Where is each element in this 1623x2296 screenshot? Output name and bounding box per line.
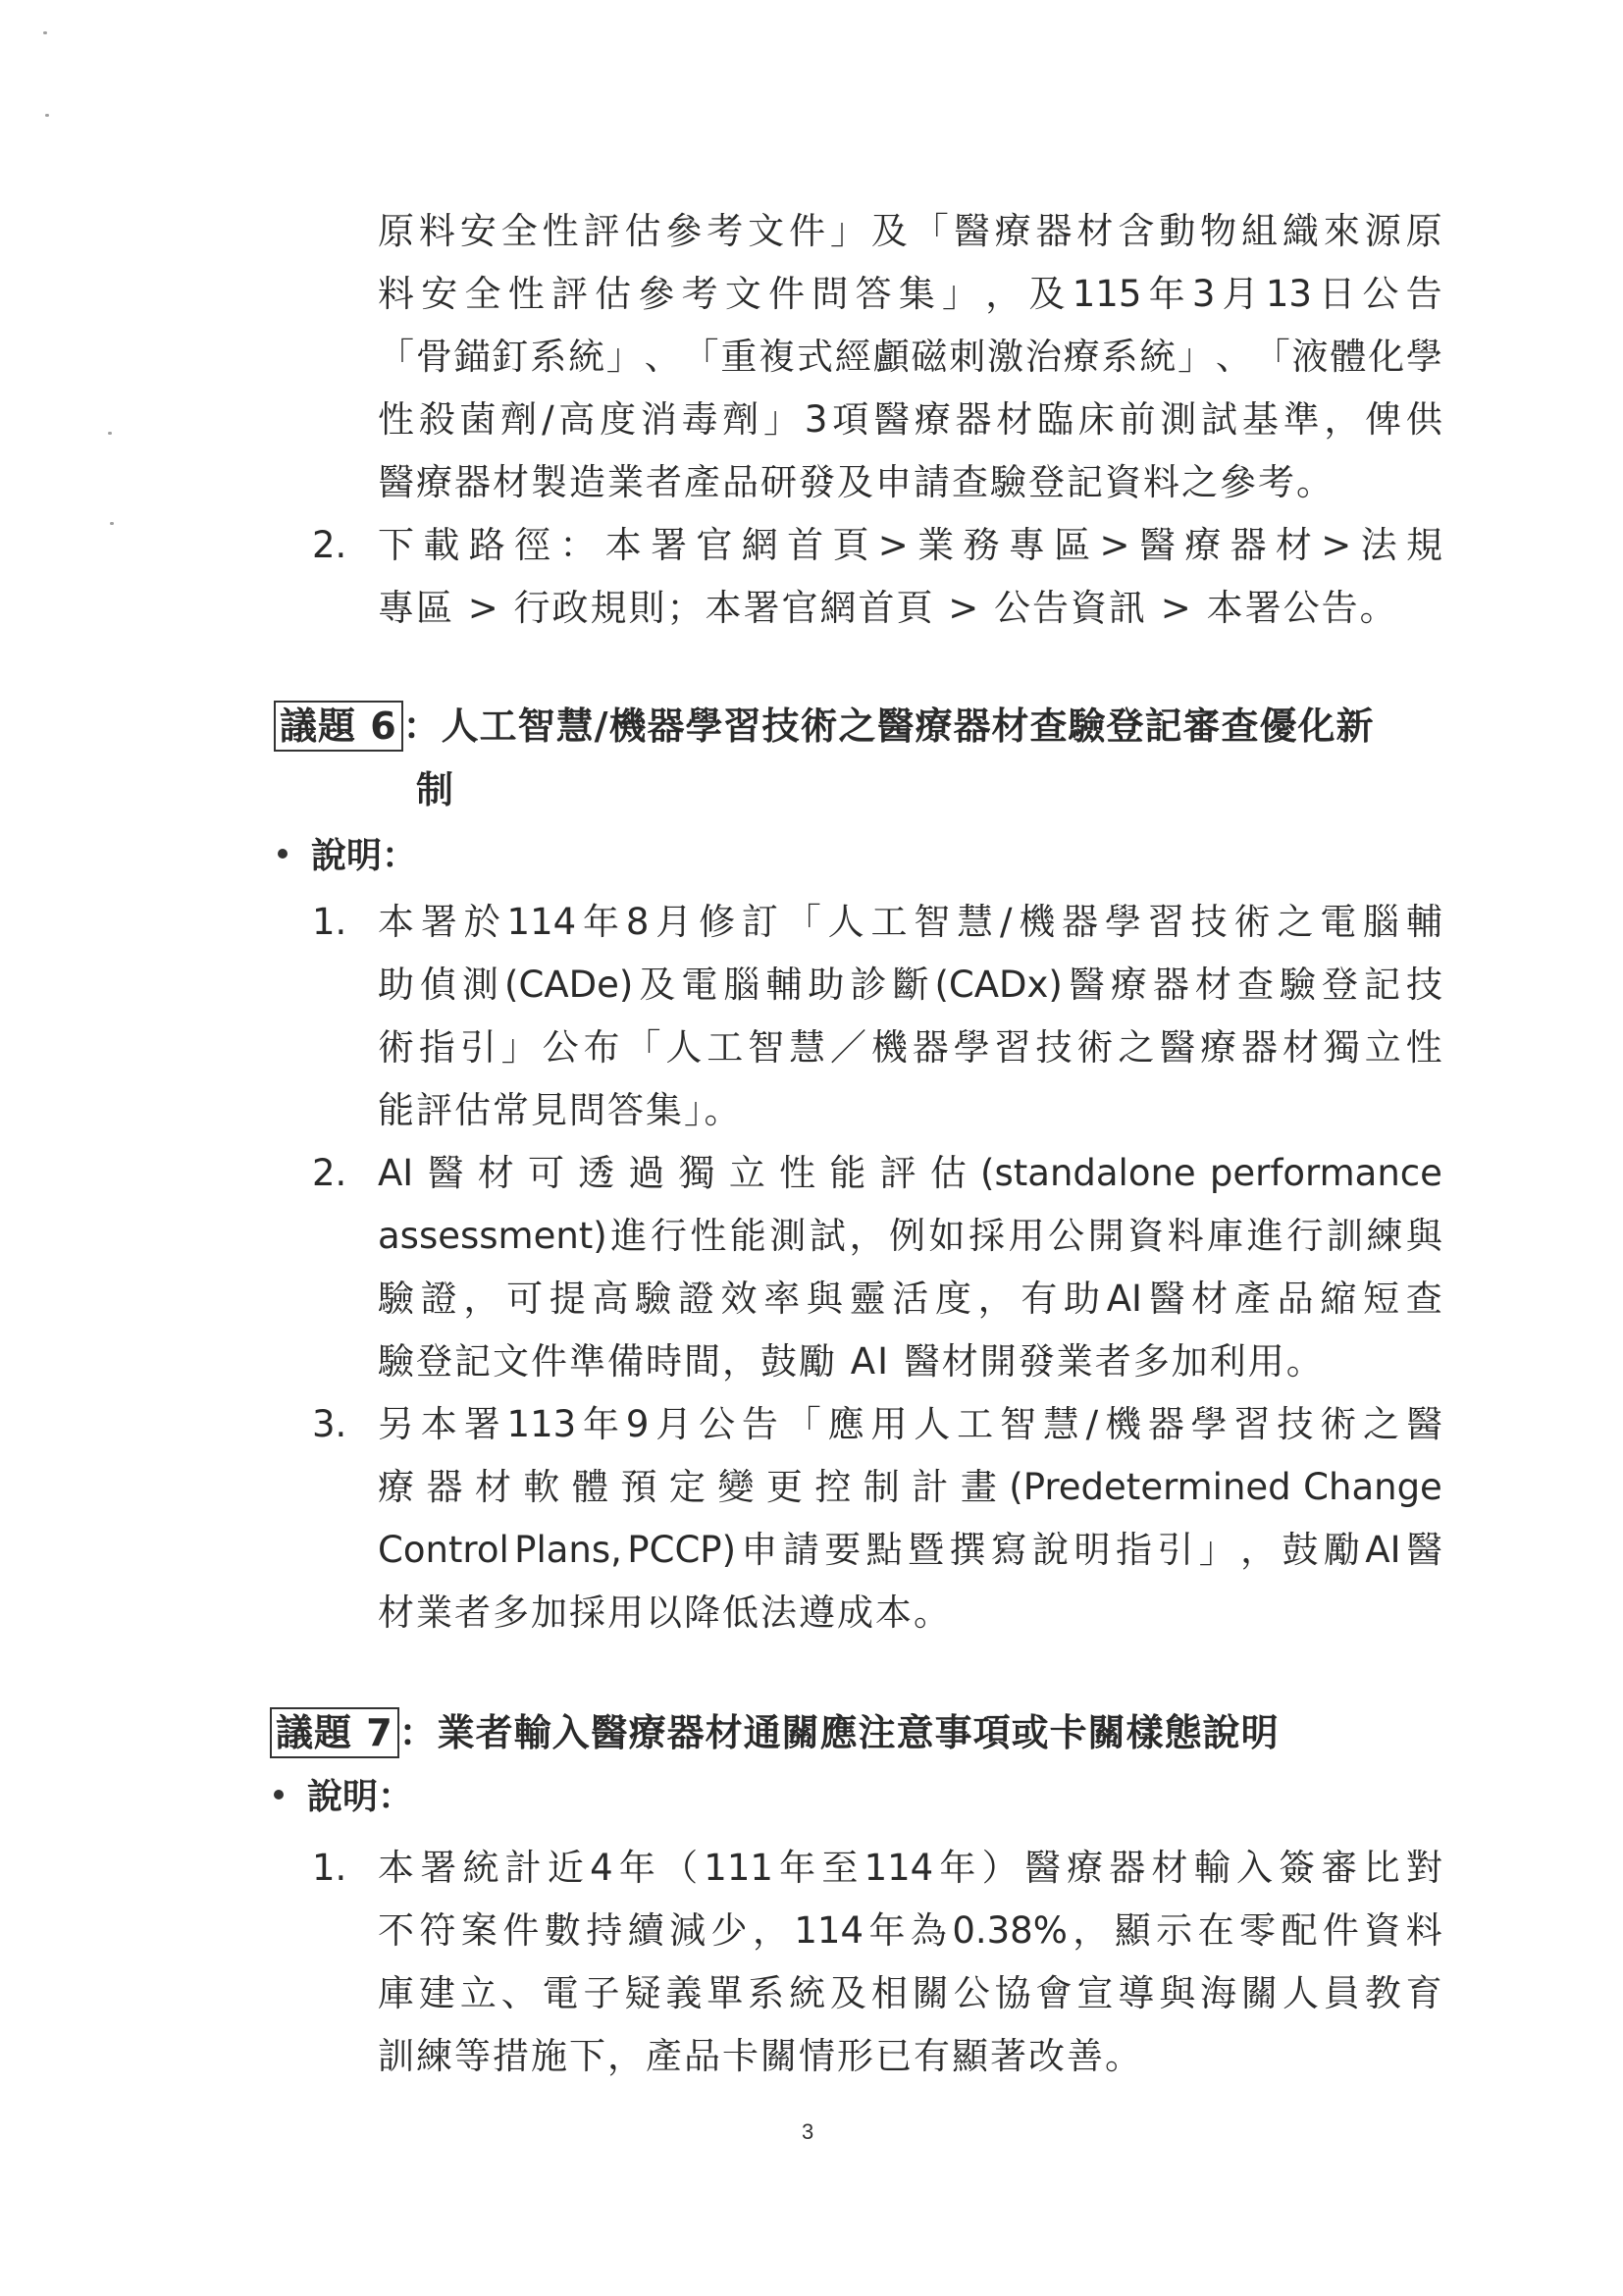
glyph: >: [878, 524, 909, 567]
glyph: 本: [378, 1847, 414, 1890]
glyph: 獨: [679, 1152, 715, 1195]
glyph: 為: [911, 1909, 947, 1953]
glyph: 助: [378, 964, 414, 1007]
glyph: 、: [645, 336, 681, 379]
glyph: 顱: [873, 336, 910, 379]
glyph: 人: [665, 1026, 702, 1070]
glyph: 疑: [624, 1972, 660, 2015]
glyph: 之: [1277, 901, 1313, 944]
glyph: 軟: [523, 1466, 559, 1509]
glyph: assessment): [378, 1215, 607, 1258]
glyph: 」: [501, 1026, 538, 1070]
glyph: 能: [730, 1215, 766, 1258]
glyph: 畫: [961, 1466, 997, 1509]
glyph: 符: [419, 1909, 455, 1953]
glyph: (CADx): [934, 964, 1062, 1007]
glyph: 測: [462, 964, 498, 1007]
glyph: 療: [378, 1466, 414, 1509]
glyph: 測: [769, 1215, 806, 1258]
glyph: 庫: [378, 1972, 414, 2015]
item-number: 3.: [312, 1403, 346, 1446]
glyph: ：: [559, 524, 596, 567]
glyph: 鼓: [1283, 1529, 1319, 1572]
glyph: 公: [954, 1972, 990, 2015]
glyph: 性: [543, 210, 579, 253]
issue-6-item-1-line-3: 術指引」公布「人工智慧／機器學習技術之醫療器材獨立性: [378, 1026, 1442, 1070]
issue-6-item-3-line-4: 材業者多加採用以降低法遵成本。: [378, 1592, 952, 1635]
glyph: 智: [914, 901, 950, 944]
glyph: 育: [1406, 1972, 1442, 2015]
glyph: 修: [699, 901, 735, 944]
glyph: 數: [545, 1909, 581, 1953]
glyph: /: [542, 398, 553, 442]
glyph: 性: [1406, 1026, 1442, 1070]
glyph: 「: [785, 1403, 821, 1446]
glyph: 料: [1406, 1909, 1442, 1953]
glyph: 指: [419, 1026, 455, 1070]
glyph: ，: [985, 273, 1021, 316]
glyph: 器: [426, 1466, 462, 1509]
issue-6-explanation-label: 說明：: [278, 835, 417, 878]
glyph: 材: [1195, 964, 1231, 1007]
glyph: 署: [464, 1403, 500, 1446]
glyph: ，: [1240, 1529, 1277, 1572]
glyph: 診: [850, 964, 886, 1007]
glyph: 療: [1184, 524, 1221, 567]
item-number: 1.: [312, 1847, 346, 1890]
glyph: 器: [1241, 1026, 1278, 1070]
glyph: 縮: [1320, 1278, 1356, 1321]
glyph: 評: [551, 273, 588, 316]
glyph: （: [661, 1847, 698, 1890]
issue-6-item-1-line-2: 助偵測(CADe)及電腦輔助診斷(CADx)醫療器材查驗登記技: [378, 964, 1442, 1007]
glyph: 器: [1230, 524, 1267, 567]
glyph: 技: [1036, 1026, 1073, 1070]
glyph: 」: [1199, 1529, 1235, 1572]
glyph: 引: [1157, 1529, 1193, 1572]
glyph: 化: [1368, 336, 1404, 379]
glyph: 度: [935, 1278, 971, 1321]
glyph: 療: [995, 210, 1031, 253]
glyph: 體: [1330, 336, 1366, 379]
glyph: 導: [1118, 1972, 1154, 2015]
glyph: 性: [508, 273, 545, 316]
glyph: 材: [1152, 1847, 1188, 1890]
glyph: 不: [378, 1909, 414, 1953]
glyph: 器: [1153, 964, 1189, 1007]
issue-6-title-line-2: 制: [416, 765, 454, 814]
issue-6-item-3-line-2: 療器材軟體預定變更控制計畫(PredeterminedChange: [378, 1466, 1442, 1509]
issue-7-item-1-line-4: 訓練等措施下，產品卡關情形已有顯著改善。: [378, 2035, 1143, 2078]
glyph: 暨: [908, 1529, 944, 1572]
glyph: ，: [753, 1909, 789, 1953]
issue-7-item-1-line-3: 庫建立、電子疑義單系統及相關公協會宣導與海關人員教育: [378, 1972, 1442, 2015]
glyph: 13: [1266, 273, 1312, 316]
glyph: 公: [543, 1026, 579, 1070]
glyph: 複: [759, 336, 795, 379]
continuation-line-5: 醫療器材製造業者產品研發及申請查驗登記資料之參考。: [378, 461, 1335, 504]
glyph: 勵: [1324, 1529, 1360, 1572]
glyph: 全: [464, 273, 500, 316]
glyph: 工: [870, 901, 907, 944]
glyph: 定: [669, 1466, 706, 1509]
glyph: 術: [1320, 1403, 1356, 1446]
issue-7-heading: 議題 7：業者輸入醫療器材通關應注意事項或卡關樣態說明: [270, 1707, 1280, 1758]
glyph: 預: [620, 1466, 656, 1509]
glyph: 參: [638, 273, 674, 316]
glyph: (Predetermined: [1009, 1466, 1290, 1509]
glyph: Control: [378, 1529, 509, 1572]
glyph: ，: [1324, 398, 1360, 442]
glyph: 員: [1324, 1972, 1360, 2015]
glyph: 行: [651, 1215, 687, 1258]
text: 說明：: [311, 836, 417, 876]
glyph: 撰: [949, 1529, 985, 1572]
glyph: 」: [1178, 336, 1214, 379]
glyph: 顯: [1115, 1909, 1151, 1953]
glyph: 之: [1118, 1026, 1154, 1070]
glyph: 習: [1148, 901, 1184, 944]
glyph: 請: [783, 1529, 819, 1572]
glyph: 3: [805, 398, 828, 442]
glyph: 性: [690, 1215, 726, 1258]
glyph: 智: [1000, 1403, 1036, 1446]
glyph: 床: [1078, 398, 1115, 442]
issue-6-item-1-line-4: 能評估常見問答集」。: [378, 1089, 743, 1132]
issue-6-item-2-line-4: 驗登記文件準備時間，鼓勵 AI 醫材開發業者多加利用。: [378, 1340, 1325, 1383]
glyph: 殺: [419, 398, 455, 442]
glyph: 醫: [873, 398, 910, 442]
text: 驗登記文件準備時間，鼓勵 AI 醫材開發業者多加利用。: [378, 1340, 1325, 1383]
glyph: 控: [814, 1466, 851, 1509]
glyph: 公: [1048, 1215, 1084, 1258]
glyph: 骨: [416, 336, 452, 379]
glyph: 術: [1234, 901, 1271, 944]
glyph: 持: [586, 1909, 622, 1953]
glyph: 劑: [500, 398, 537, 442]
glyph: 年: [619, 1847, 655, 1890]
glyph: 111: [704, 1847, 773, 1890]
glyph: 計: [505, 1847, 542, 1890]
glyph: 技: [1406, 964, 1442, 1007]
glyph: 性: [779, 1152, 815, 1195]
glyph: 資: [1127, 1215, 1164, 1258]
glyph: 率: [763, 1278, 800, 1321]
glyph: 114: [864, 1847, 934, 1890]
glyph: 計: [912, 1466, 948, 1509]
glyph: 之: [1363, 1403, 1399, 1446]
glyph: 工: [707, 1026, 743, 1070]
glyph: 減: [669, 1909, 706, 1953]
glyph: 件: [789, 210, 825, 253]
issue-7-item-1-line-1: 本署統計近4年（111年至114年）醫療器材輸入簽審比對: [378, 1847, 1442, 1890]
glyph: 至: [821, 1847, 858, 1890]
glyph: 關: [913, 1972, 949, 2015]
glyph: 及: [639, 964, 675, 1007]
glyph: 效: [721, 1278, 758, 1321]
glyph: 「: [683, 336, 719, 379]
text: 說明：: [307, 1777, 413, 1817]
glyph: 有: [1021, 1278, 1057, 1321]
glyph: 應: [828, 1403, 864, 1446]
glyph: 務: [963, 524, 999, 567]
glyph: 智: [748, 1026, 784, 1070]
scan-speck: [43, 31, 47, 34]
document-page: 原料安全性評估參考文件」及「醫療器材含動物組織來源原 料安全性評估參考文件問答集…: [0, 0, 1623, 2296]
glyph: 慧: [1043, 1403, 1079, 1446]
glyph: 查: [1237, 964, 1274, 1007]
glyph: 0.38%: [952, 1909, 1068, 1953]
glyph: ／: [830, 1026, 866, 1070]
glyph: 原: [1406, 210, 1442, 253]
glyph: ，: [463, 1278, 499, 1321]
glyph: 用: [1009, 1215, 1045, 1258]
glyph: 開: [1088, 1215, 1125, 1258]
glyph: 器: [1148, 1403, 1184, 1446]
glyph: 可: [506, 1278, 543, 1321]
scan-speck: [110, 522, 114, 525]
glyph: 醫: [1159, 1026, 1195, 1070]
glyph: 機: [1105, 1403, 1141, 1446]
glyph: 記: [1364, 964, 1400, 1007]
glyph: ，: [978, 1278, 1015, 1321]
glyph: 療: [1067, 1847, 1103, 1890]
glyph: 子: [584, 1972, 620, 2015]
glyph: 及: [1029, 273, 1066, 316]
glyph: 件: [502, 1909, 539, 1953]
download-path-line-2: 專區 > 行政規則；本署官網首頁 > 公告資訊 > 本署公告。: [378, 587, 1398, 630]
glyph: 查: [1406, 1278, 1442, 1321]
issue-7-explanation-label: 說明：: [274, 1776, 413, 1819]
glyph: 能: [829, 1152, 865, 1195]
glyph: 統: [462, 1847, 498, 1890]
issue-6-heading: 議題 6：人工智慧/機器學習技術之醫療器材查驗登記審查優化新: [274, 701, 1375, 752]
glyph: 菌: [460, 398, 497, 442]
glyph: 統: [1139, 336, 1176, 379]
issue-6-item-2-line-1: AI醫材可透過獨立性能評估(standaloneperformance: [378, 1152, 1442, 1195]
glyph: 公: [699, 1403, 735, 1446]
glyph: 驗: [378, 1278, 414, 1321]
glyph: 動: [1159, 210, 1195, 253]
glyph: 進: [610, 1215, 647, 1258]
continuation-line-2: 料安全性評估參考文件問答集」，及115年3月13日公告: [378, 273, 1442, 316]
glyph: 布: [584, 1026, 620, 1070]
glyph: 短: [1363, 1278, 1399, 1321]
glyph: 高: [558, 398, 595, 442]
glyph: 消: [641, 398, 677, 442]
glyph: 來: [1324, 210, 1360, 253]
glyph: 年: [939, 1847, 975, 1890]
glyph: 安: [460, 210, 497, 253]
glyph: Plans,: [514, 1529, 622, 1572]
glyph: 訓: [1327, 1215, 1363, 1258]
glyph: 獨: [1324, 1026, 1360, 1070]
glyph: 引: [460, 1026, 497, 1070]
glyph: 與: [1406, 1215, 1442, 1258]
glyph: 評: [880, 1152, 916, 1195]
glyph: 與: [1159, 1972, 1195, 2015]
issue-6-item-3-line-1: 另本署113年9月公告「應用人工智慧/機器學習技術之醫: [378, 1403, 1442, 1446]
glyph: 術: [378, 1026, 414, 1070]
glyph: 安: [421, 273, 457, 316]
glyph: 用: [870, 1403, 907, 1446]
glyph: 路: [469, 524, 505, 567]
glyph: 4: [590, 1847, 613, 1890]
glyph: 示: [1156, 1909, 1192, 1953]
glyph: 前: [1120, 398, 1156, 442]
glyph: 材: [1276, 524, 1312, 567]
glyph: (standalone: [980, 1152, 1196, 1195]
glyph: 評: [584, 210, 620, 253]
glyph: 指: [1116, 1529, 1152, 1572]
continuation-line-3: 「骨錨釘系統」、「重複式經顱磁刺激治療系統」、「液體化學: [378, 336, 1442, 379]
glyph: 材: [478, 1152, 514, 1195]
issue-7-title: ：業者輸入醫療器材通關應注意事項或卡關樣態說明: [399, 1711, 1280, 1754]
item-number: 1.: [312, 901, 346, 944]
glyph: 與: [807, 1278, 843, 1321]
glyph: 「: [785, 901, 821, 944]
glyph: 變: [717, 1466, 754, 1509]
glyph: 偵: [420, 964, 456, 1007]
glyph: 考: [707, 210, 743, 253]
glyph: 證: [421, 1278, 457, 1321]
glyph: 活: [892, 1278, 928, 1321]
glyph: >: [1100, 524, 1130, 567]
glyph: ，: [1073, 1909, 1109, 1953]
glyph: 練: [1366, 1215, 1402, 1258]
glyph: 透: [578, 1152, 614, 1195]
glyph: 、: [501, 1972, 538, 2015]
glyph: 全: [501, 210, 538, 253]
issue-6-item-2-line-2: assessment)進行性能測試，例如採用公開資料庫進行訓練與: [378, 1215, 1442, 1258]
glyph: 近: [548, 1847, 584, 1890]
glyph: >: [1321, 524, 1351, 567]
glyph: 公: [1362, 273, 1398, 316]
glyph: 訂: [742, 901, 778, 944]
glyph: 官: [696, 524, 732, 567]
glyph: 考: [682, 273, 718, 316]
glyph: 含: [1118, 210, 1154, 253]
item-number: 2.: [312, 1152, 346, 1195]
glyph: 估: [930, 1152, 967, 1195]
glyph: 立: [729, 1152, 765, 1195]
glyph: AI: [378, 1152, 413, 1195]
glyph: 經: [835, 336, 871, 379]
glyph: Change: [1303, 1466, 1442, 1509]
glyph: 毒: [682, 398, 718, 442]
glyph: 習: [995, 1026, 1031, 1070]
glyph: 月: [655, 901, 692, 944]
glyph: 宣: [1076, 1972, 1113, 2015]
glyph: 海: [1200, 1972, 1236, 2015]
glyph: 、: [1216, 336, 1252, 379]
glyph: 年: [1149, 273, 1185, 316]
glyph: 徑: [514, 524, 550, 567]
glyph: 品: [1278, 1278, 1314, 1321]
glyph: 及: [871, 210, 908, 253]
glyph: PCCP): [627, 1529, 736, 1572]
glyph: 「: [1254, 336, 1290, 379]
glyph: 如: [929, 1215, 966, 1258]
glyph: AI: [1107, 1278, 1142, 1321]
glyph: 醫: [1406, 1403, 1442, 1446]
glyph: 材: [996, 398, 1032, 442]
glyph: 估: [624, 210, 660, 253]
glyph: 試: [1201, 398, 1237, 442]
glyph: 物: [1200, 210, 1236, 253]
glyph: 要: [824, 1529, 861, 1572]
glyph: 釘: [492, 336, 528, 379]
glyph: 慧: [957, 901, 993, 944]
glyph: 電: [681, 964, 717, 1007]
glyph: 組: [1241, 210, 1278, 253]
glyph: 件: [1323, 1909, 1359, 1953]
glyph: 靈: [850, 1278, 886, 1321]
glyph: 業: [917, 524, 954, 567]
glyph: 「: [378, 336, 414, 379]
issue-6-title: ：人工智慧/機器學習技術之醫療器材查驗登記審查優化新: [403, 704, 1375, 748]
glyph: 進: [1247, 1215, 1283, 1258]
glyph: 學: [1105, 901, 1141, 944]
glyph: 術: [1076, 1026, 1113, 1070]
glyph: 簽: [1279, 1847, 1315, 1890]
glyph: 體: [572, 1466, 608, 1509]
glyph: 協: [995, 1972, 1031, 2015]
glyph: 」: [942, 273, 978, 316]
glyph: 庫: [1207, 1215, 1243, 1258]
glyph: 刺: [949, 336, 985, 379]
glyph: /: [1086, 1403, 1098, 1446]
issue-7-label-box: 議題 7: [270, 1707, 399, 1758]
bullet-icon: [274, 1790, 284, 1800]
continuation-line-4: 性殺菌劑/高度消毒劑」3項醫療器材臨床前測試基準，俾供: [378, 398, 1442, 442]
issue-6-item-1-line-1: 本署於114年8月修訂「人工智慧/機器學習技術之電腦輔: [378, 901, 1442, 944]
glyph: 供: [1406, 398, 1442, 442]
page-number: 3: [802, 2119, 813, 2145]
glyph: 「: [913, 210, 949, 253]
glyph: 署: [651, 524, 687, 567]
glyph: 載: [423, 524, 459, 567]
glyph: 法: [1361, 524, 1397, 567]
glyph: 習: [1234, 1403, 1271, 1446]
glyph: 學: [1406, 336, 1442, 379]
glyph: 114: [794, 1909, 864, 1953]
glyph: 輔: [1406, 901, 1442, 944]
glyph: 零: [1239, 1909, 1276, 1953]
glyph: 點: [866, 1529, 903, 1572]
glyph: 義: [665, 1972, 702, 2015]
glyph: 項: [832, 398, 868, 442]
glyph: 入: [1236, 1847, 1273, 1890]
glyph: 材: [475, 1466, 511, 1509]
glyph: 申: [741, 1529, 777, 1572]
glyph: 參: [665, 210, 702, 253]
glyph: 式: [797, 336, 833, 379]
glyph: 腦: [1363, 901, 1399, 944]
glyph: 系: [748, 1972, 784, 2015]
glyph: 器: [1062, 901, 1098, 944]
glyph: 激: [987, 336, 1023, 379]
glyph: 產: [1234, 1278, 1271, 1321]
glyph: 材: [1191, 1278, 1228, 1321]
glyph: 比: [1364, 1847, 1400, 1890]
glyph: 會: [1036, 1972, 1073, 2015]
glyph: 採: [969, 1215, 1005, 1258]
bullet-icon: [278, 849, 288, 859]
glyph: 醫: [427, 1152, 463, 1195]
glyph: 月: [655, 1403, 692, 1446]
issue-6-item-2-line-3: 驗證，可提高驗證效率與靈活度，有助AI醫材產品縮短查: [378, 1278, 1442, 1321]
